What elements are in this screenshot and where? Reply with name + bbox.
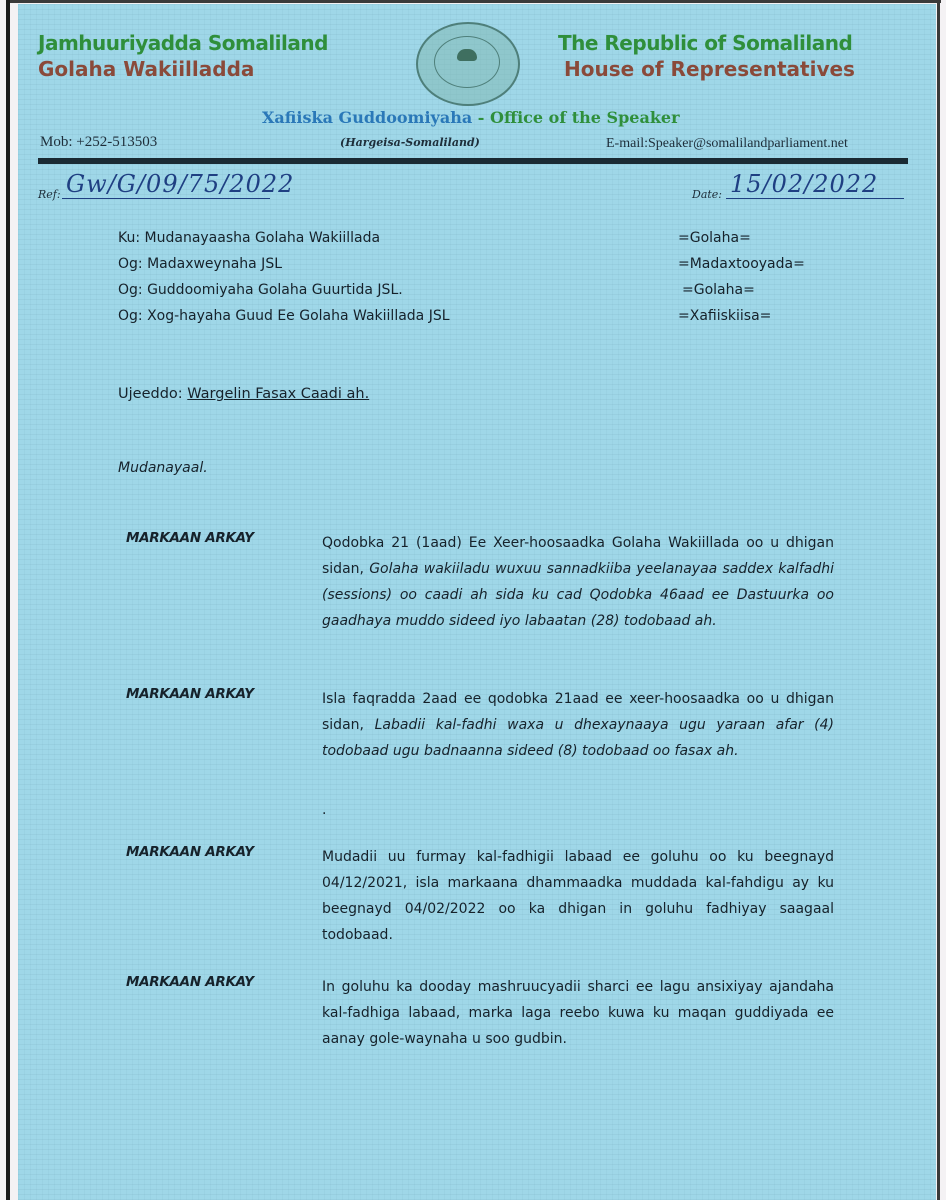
ref-label: Ref: — [38, 188, 61, 201]
office-separator: - — [472, 108, 490, 127]
recipient-row: Og: Xog-hayaha Guud Ee Golaha Wakiillada… — [118, 308, 878, 334]
parliament-seal-icon — [416, 22, 520, 106]
letter-page: Jamhuuriyadda Somaliland Golaha Wakiilla… — [18, 4, 936, 1200]
tree-icon — [457, 49, 477, 61]
house-name-somali: Golaha Wakiilladda — [38, 56, 328, 82]
house-name-english: House of Representatives — [564, 56, 855, 82]
recipient-name: Og: Guddoomiyaha Golaha Guurtida JSL. — [118, 282, 403, 298]
seal-inner-ring — [434, 36, 500, 88]
clause-quote: Labadii kal-fadhi waxa u dhexaynaaya ugu… — [322, 717, 834, 759]
subject-line: Ujeeddo: Wargelin Fasax Caadi ah. — [118, 386, 369, 402]
stray-mark: . — [322, 802, 326, 818]
header-rule — [38, 158, 908, 164]
recipient-dept: =Golaha= — [682, 282, 755, 298]
salutation: Mudanayaal. — [118, 460, 208, 476]
clause-label: MARKAAN ARKAY — [126, 530, 254, 546]
clause-body: In goluhu ka dooday mashruucyadii sharci… — [322, 974, 834, 1052]
clause-body: Mudadii uu furmay kal-fadhigii labaad ee… — [322, 844, 834, 948]
photo-frame-top — [6, 0, 941, 3]
photo-frame-left — [6, 0, 10, 1200]
country-name-somali: Jamhuuriyadda Somaliland — [38, 30, 328, 56]
recipient-dept: =Golaha= — [678, 230, 751, 246]
clause-body: Isla faqradda 2aad ee qodobka 21aad ee x… — [322, 686, 834, 764]
location: (Hargeisa-Somaliland) — [340, 136, 480, 149]
office-somali: Xafiiska Guddoomiyaha — [262, 108, 472, 127]
clause-label: MARKAAN ARKAY — [126, 686, 254, 702]
clause-label: MARKAAN ARKAY — [126, 844, 254, 860]
recipient-dept: =Xafiiskiisa= — [678, 308, 771, 324]
recipient-dept: =Madaxtooyada= — [678, 256, 805, 272]
letterhead-left: Jamhuuriyadda Somaliland Golaha Wakiilla… — [38, 30, 328, 82]
recipient-name: Ku: Mudanayaasha Golaha Wakiillada — [118, 230, 380, 246]
date-value: 15/02/2022 — [726, 170, 904, 199]
recipient-row: Ku: Mudanayaasha Golaha Wakiillada =Gola… — [118, 230, 878, 256]
recipients-list: Ku: Mudanayaasha Golaha Wakiillada =Gola… — [118, 230, 878, 334]
recipient-name: Og: Madaxweynaha JSL — [118, 256, 282, 272]
recipient-row: Og: Guddoomiyaha Golaha Guurtida JSL. =G… — [118, 282, 878, 308]
photo-frame-right — [937, 0, 940, 1200]
country-name-english: The Republic of Somaliland — [558, 30, 855, 56]
email-address: E-mail:Speaker@somalilandparliament.net — [606, 136, 848, 152]
clause-quote: Golaha wakiiladu wuxuu sannadkiiba yeela… — [322, 561, 834, 629]
date-label: Date: — [692, 188, 722, 201]
letterhead-right: The Republic of Somaliland House of Repr… — [558, 30, 855, 82]
clause-text: In goluhu ka dooday mashruucyadii sharci… — [322, 979, 834, 1047]
clause-text: Mudadii uu furmay kal-fadhigii labaad ee… — [322, 849, 834, 943]
subject-value: Wargelin Fasax Caadi ah. — [187, 386, 369, 402]
clause-label: MARKAAN ARKAY — [126, 974, 254, 990]
office-line: Xafiiska Guddoomiyaha - Office of the Sp… — [262, 108, 680, 127]
recipient-row: Og: Madaxweynaha JSL =Madaxtooyada= — [118, 256, 878, 282]
recipient-name: Og: Xog-hayaha Guud Ee Golaha Wakiillada… — [118, 308, 450, 324]
subject-label: Ujeeddo: — [118, 386, 187, 402]
clause-body: Qodobka 21 (1aad) Ee Xeer-hoosaadka Gola… — [322, 530, 834, 634]
ref-value: Gw/G/09/75/2022 — [62, 170, 270, 199]
mobile-number: Mob: +252-513503 — [40, 134, 157, 151]
office-english: Office of the Speaker — [490, 108, 680, 127]
